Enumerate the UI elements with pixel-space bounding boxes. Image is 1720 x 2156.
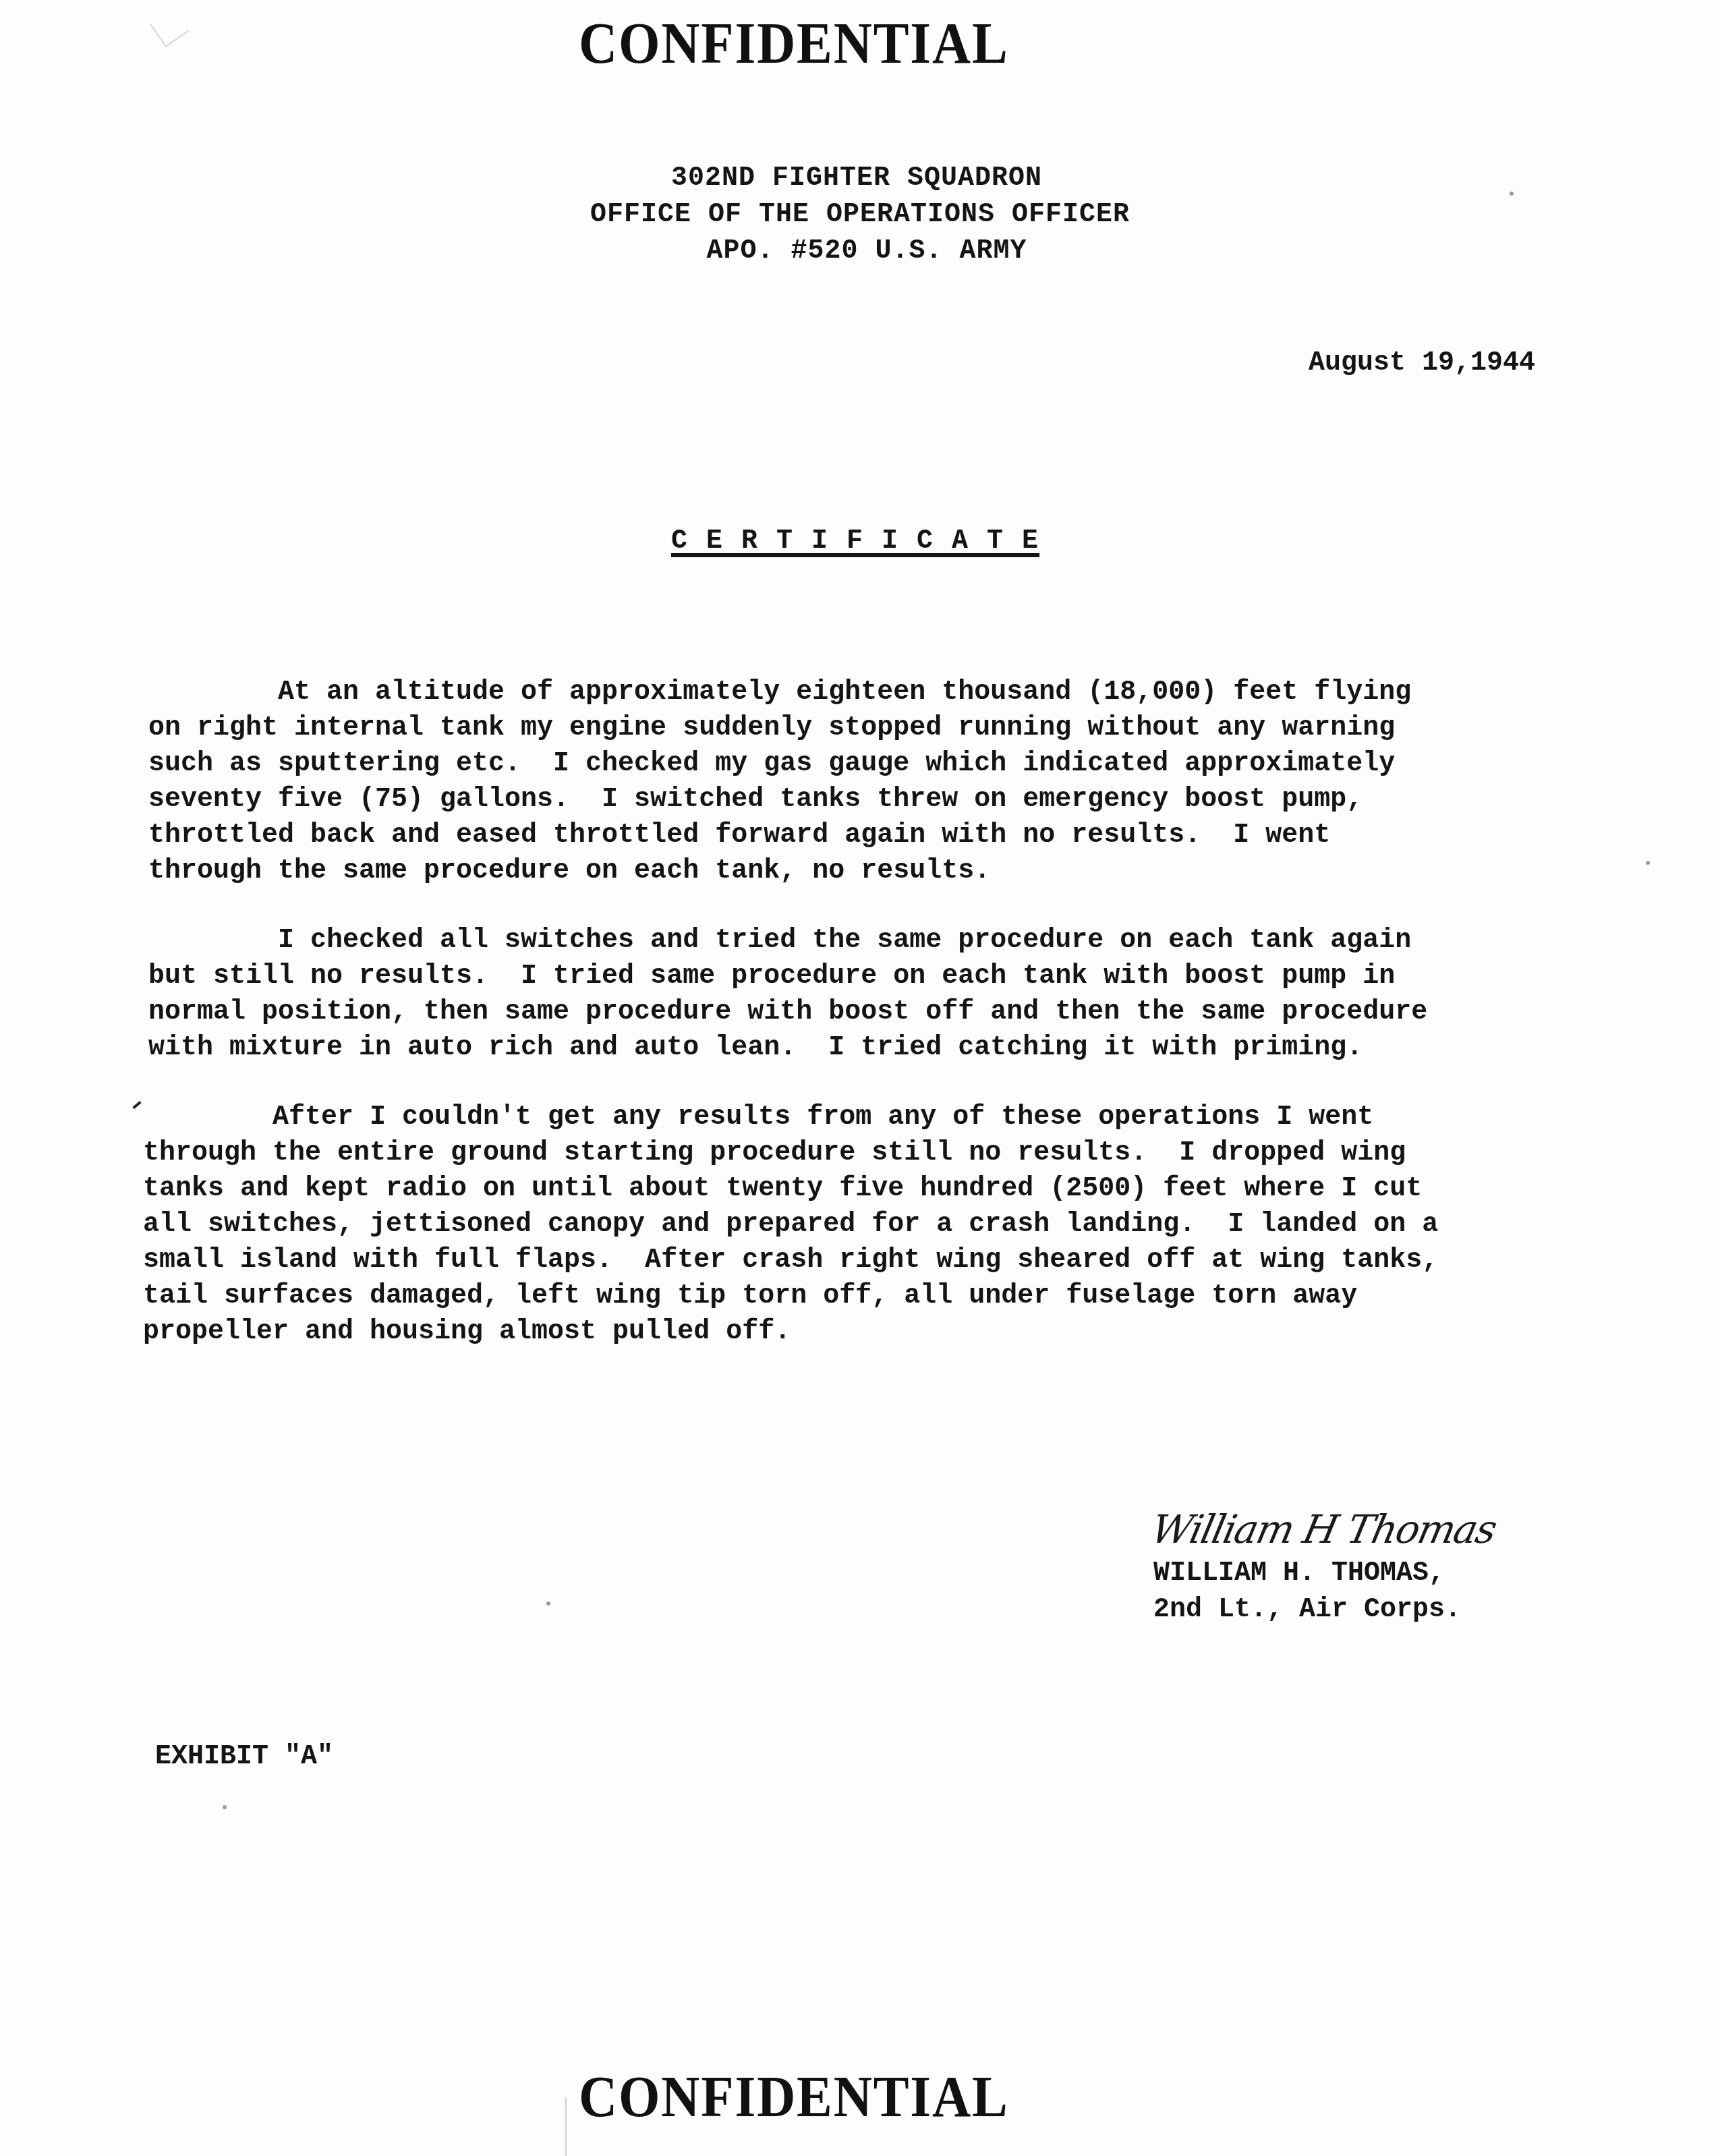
paragraph-line: but still no results. I tried same proce… (148, 959, 1599, 994)
paragraph-line: At an altitude of approximately eighteen… (148, 675, 1599, 710)
paragraph-line: After I couldn't get any results from an… (143, 1100, 1599, 1135)
paragraph-line: through the entire ground starting proce… (143, 1135, 1599, 1171)
paragraph-line: small island with full flaps. After cras… (143, 1243, 1599, 1278)
paragraph-line: through the same procedure on each tank,… (148, 853, 1599, 889)
speck (546, 1601, 550, 1606)
exhibit-label: EXHIBIT "A" (155, 1742, 333, 1772)
letterhead: 302ND FIGHTER SQUADRON OFFICE OF THE OPE… (0, 161, 1720, 270)
signer-name: WILLIAM H. THOMAS, (1153, 1556, 1489, 1592)
paragraph-line: such as sputtering etc. I checked my gas… (148, 746, 1599, 782)
speck (1510, 192, 1514, 196)
paragraph-line: on right internal tank my engine suddenl… (148, 710, 1599, 746)
confidential-stamp-top: CONFIDENTIAL (579, 9, 1009, 77)
document-body: At an altitude of approximately eighteen… (148, 675, 1599, 1384)
paragraph-line: all switches, jettisoned canopy and prep… (143, 1207, 1599, 1243)
speck (223, 1805, 227, 1809)
paragraph-line: tail surfaces damaged, left wing tip tor… (143, 1278, 1599, 1314)
paragraph: After I couldn't get any results from an… (148, 1100, 1599, 1350)
signature-block: William H Thomas WILLIAM H. THOMAS, 2nd … (1153, 1511, 1489, 1628)
ink-mark (132, 1101, 141, 1109)
confidential-stamp-bottom: CONFIDENTIAL (579, 2063, 1009, 2130)
paragraph: I checked all switches and tried the sam… (148, 923, 1599, 1066)
letterhead-address: APO. #520 U.S. ARMY (13, 233, 1720, 270)
speck (1646, 861, 1650, 865)
paragraph-line: throttled back and eased throttled forwa… (148, 818, 1599, 853)
paragraph-line: propeller and housing almost pulled off. (143, 1314, 1599, 1350)
paragraph-line: with mixture in auto rich and auto lean.… (148, 1030, 1599, 1066)
document-date: August 19,1944 (1309, 348, 1535, 378)
paragraph-line: tanks and kept radio on until about twen… (143, 1171, 1599, 1207)
letterhead-unit: 302ND FIGHTER SQUADRON (0, 161, 1720, 197)
document-title: C E R T I F I C A T E (671, 526, 1039, 557)
paragraph-line: seventy five (75) gallons. I switched ta… (148, 782, 1599, 818)
handwritten-signature: William H Thomas (1147, 1511, 1499, 1556)
document-page: CONFIDENTIAL 302ND FIGHTER SQUADRON OFFI… (0, 0, 1720, 2156)
corner-mark (150, 8, 189, 47)
paragraph: At an altitude of approximately eighteen… (148, 675, 1599, 889)
signer-rank: 2nd Lt., Air Corps. (1153, 1592, 1489, 1628)
paragraph-line: normal position, then same procedure wit… (148, 994, 1599, 1030)
letterhead-office: OFFICE OF THE OPERATIONS OFFICER (0, 197, 1720, 233)
paragraph-line: I checked all switches and tried the sam… (148, 923, 1599, 959)
margin-line (565, 2098, 567, 2156)
